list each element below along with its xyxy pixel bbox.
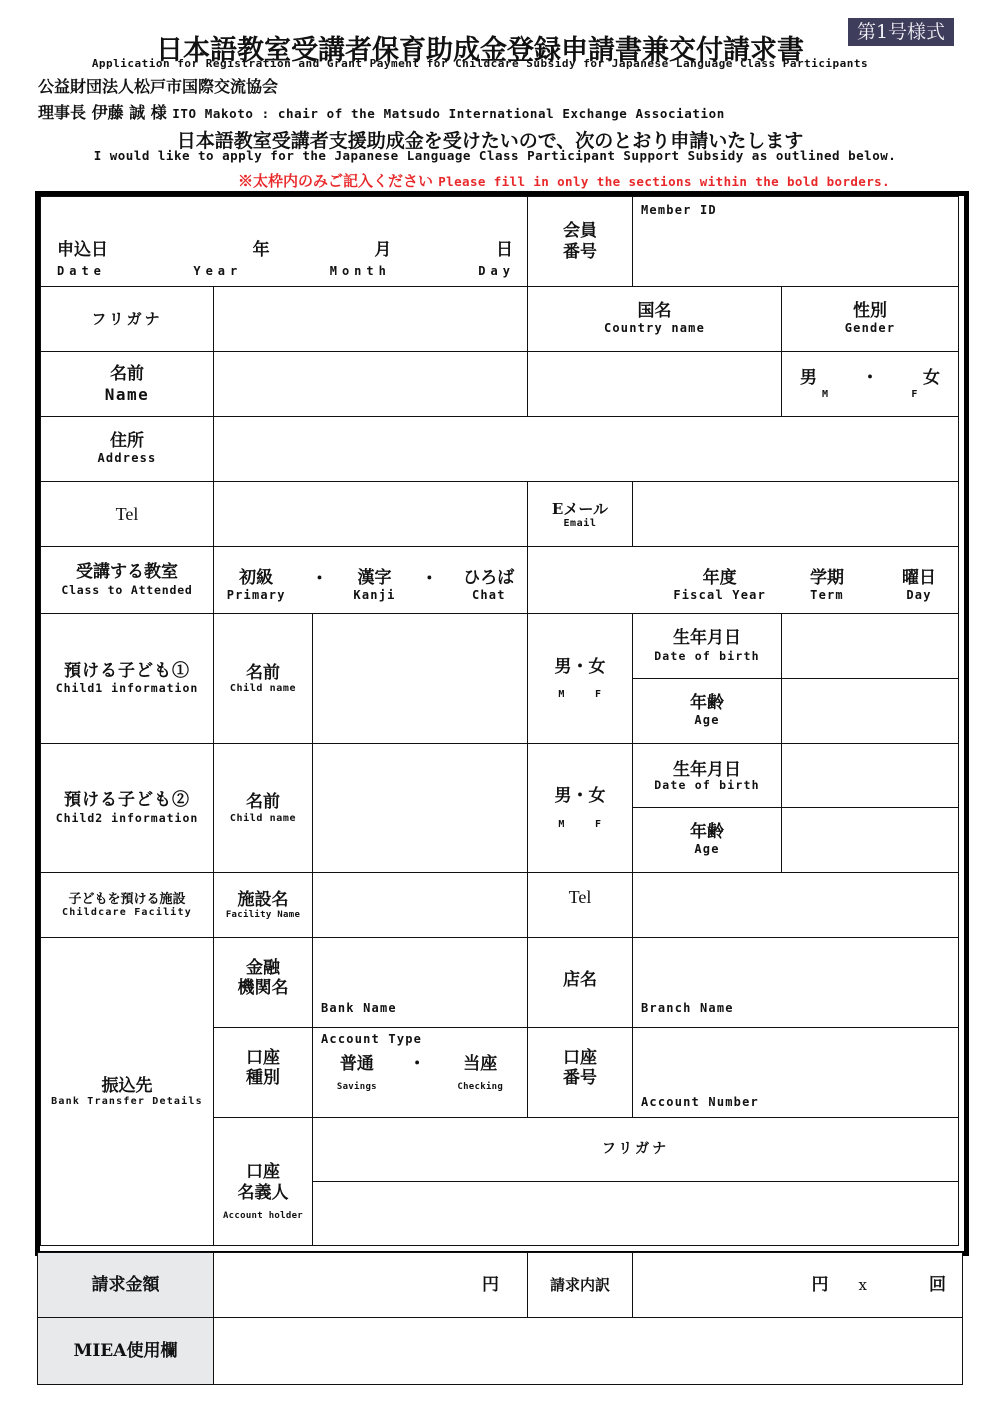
class-select[interactable]: 初級 Primary ・ 漢字 Kanji ・ ひろば Chat <box>213 546 528 614</box>
savings-en: Savings <box>337 1082 377 1092</box>
country-label-en: Country name <box>604 321 705 337</box>
child2-age-en: Age <box>694 842 719 858</box>
branch-label-jp: 店名 <box>563 970 597 990</box>
weekday-jp: 曜日 <box>902 568 936 588</box>
furigana-label: フリガナ <box>40 286 214 352</box>
child1-gender-select[interactable]: 男・女 M F <box>527 613 633 744</box>
claim-breakdown-text: 請求内訳 <box>550 1276 610 1294</box>
class-option-primary[interactable]: 初級 Primary <box>227 568 286 604</box>
tel-label-text: Tel <box>116 504 139 525</box>
organization-name: 公益財団法人松戸市国際交流協会 <box>38 74 278 97</box>
term-label: 学期 Term <box>810 568 844 604</box>
branch-label: 店名 <box>527 937 633 1028</box>
savings-jp: 普通 <box>340 1054 374 1074</box>
facility-name-label: 施設名 Facility Name <box>213 872 313 938</box>
child1-label-jp: 預ける子ども① <box>64 661 190 681</box>
account-type-savings[interactable]: 普通 Savings <box>337 1054 377 1092</box>
child2-name-field[interactable] <box>312 743 528 873</box>
class-option-chat[interactable]: ひろば Chat <box>463 568 514 604</box>
gender-options-en: M F <box>782 389 958 400</box>
fill-instruction-jp: ※太枠内のみご記入ください <box>238 172 433 190</box>
child1-gender-m: M <box>558 689 565 700</box>
bank-name-hint: Bank Name <box>321 1001 397 1017</box>
child1-gender-f: F <box>595 689 602 700</box>
addressee-jp: 理事長 伊藤 誠 様 <box>38 103 167 122</box>
class-kanji-en: Kanji <box>353 588 395 604</box>
date-labels-jp: 申込日 年 月 日 <box>41 204 527 260</box>
claim-breakdown-field[interactable]: 円 x 回 <box>632 1252 963 1318</box>
account-number-line1: 口座 <box>563 1048 597 1068</box>
child1-label-en: Child1 information <box>56 681 199 696</box>
facility-tel-field[interactable] <box>632 872 959 938</box>
day-label-en: Day <box>478 264 515 280</box>
facility-tel-label: Tel <box>527 872 633 938</box>
child1-gender-jp: 男・女 <box>555 657 606 677</box>
account-number-hint: Account Number <box>641 1095 759 1111</box>
holder-line1: 口座 <box>246 1162 280 1182</box>
holder-furigana-hint: フリガナ <box>602 1141 669 1158</box>
account-holder-name-field[interactable] <box>312 1181 959 1246</box>
member-label-line1: 会員 <box>563 221 597 241</box>
weekday-label: 曜日 Day <box>902 568 936 604</box>
member-label-line2: 番号 <box>563 242 597 262</box>
child1-age-label: 年齢 Age <box>632 678 782 744</box>
gender-options-jp: 男 ・ 女 <box>782 368 958 388</box>
claim-amount-text: 請求金額 <box>92 1275 160 1295</box>
gender-label-en: Gender <box>845 321 896 337</box>
year-label-en: Year <box>193 264 242 280</box>
member-id-hint: Member ID <box>641 203 717 219</box>
facility-label-en: Childcare Facility <box>62 907 192 918</box>
email-label-jp: Eメール <box>552 500 608 518</box>
address-field[interactable] <box>213 416 959 482</box>
country-label: 国名 Country name <box>527 286 782 352</box>
child1-dob-field[interactable] <box>781 613 959 679</box>
account-type-checking[interactable]: 当座 Checking <box>457 1054 503 1092</box>
term-jp: 学期 <box>810 568 844 588</box>
month-label: 月 <box>374 240 391 260</box>
separator: ・ <box>311 569 328 589</box>
bank-transfer-en: Bank Transfer Details <box>51 1096 203 1107</box>
child1-label: 預ける子ども① Child1 information <box>40 613 214 744</box>
day-label: 日 <box>496 240 513 260</box>
account-number-field[interactable]: Account Number <box>632 1027 959 1118</box>
child1-name-jp: 名前 <box>246 663 280 683</box>
weekday-en: Day <box>906 588 931 604</box>
breakdown-yen-unit: 円 <box>812 1275 829 1295</box>
facility-name-en: Facility Name <box>226 910 300 920</box>
account-type-line1: 口座 <box>246 1048 280 1068</box>
child1-age-en: Age <box>694 713 719 729</box>
date-label-en: Date <box>57 264 106 280</box>
child1-dob-label: 生年月日 Date of birth <box>632 613 782 679</box>
gender-label-jp: 性別 <box>853 301 887 321</box>
addressee-en: ITO Makoto : chair of the Matsudo Intern… <box>172 106 725 121</box>
email-label-en: Email <box>563 518 596 529</box>
child1-name-field[interactable] <box>312 613 528 744</box>
addressee: 理事長 伊藤 誠 様 ITO Makoto : chair of the Mat… <box>38 100 725 123</box>
claim-amount-field[interactable]: 円 <box>213 1252 528 1318</box>
multiply-sign: x <box>859 1276 867 1294</box>
request-statement-en: I would like to apply for the Japanese L… <box>0 148 990 163</box>
account-type-label: 口座 種別 <box>213 1027 313 1118</box>
fiscal-year-label: 年度 Fiscal Year <box>673 568 766 604</box>
times-unit: 回 <box>929 1275 946 1295</box>
miea-use-field[interactable] <box>213 1317 963 1385</box>
tel-label: Tel <box>40 481 214 547</box>
child2-gender-en: M F <box>558 819 601 830</box>
class-chat-jp: ひろば <box>463 568 514 588</box>
child2-gender-select[interactable]: 男・女 M F <box>527 743 633 873</box>
child2-dob-en: Date of birth <box>654 780 760 792</box>
country-field[interactable] <box>527 351 782 417</box>
miea-use-text: MIEA使用欄 <box>74 1341 178 1361</box>
facility-tel-text: Tel <box>569 887 592 908</box>
separator: ・ <box>862 368 879 388</box>
account-type-hint: Account Type <box>321 1032 519 1048</box>
separator: ・ <box>421 569 438 589</box>
child1-dob-en: Date of birth <box>654 649 760 664</box>
class-primary-jp: 初級 <box>239 568 273 588</box>
miea-use-label: MIEA使用欄 <box>37 1317 214 1385</box>
child2-gender-m: M <box>558 819 565 830</box>
term-en: Term <box>810 588 844 604</box>
fiscal-year-en: Fiscal Year <box>673 588 766 604</box>
child2-label-en: Child2 information <box>56 811 199 826</box>
member-id-field[interactable]: Member ID <box>632 196 959 287</box>
furigana-label-text: フリガナ <box>91 310 162 328</box>
account-holder-furigana-field[interactable]: フリガナ <box>312 1117 959 1182</box>
class-label: 受講する教室 Class to Attended <box>40 546 214 614</box>
fill-instruction-en: Please fill in only the sections within … <box>438 174 890 189</box>
child2-name-jp: 名前 <box>246 792 280 812</box>
holder-en: Account holder <box>223 1211 303 1221</box>
fill-instruction: ※太枠内のみご記入ください Please fill in only the se… <box>238 170 890 191</box>
claim-amount-label: 請求金額 <box>37 1252 214 1318</box>
furigana-field[interactable] <box>213 286 528 352</box>
account-type-options: 普通 Savings ・ 当座 Checking <box>321 1054 519 1092</box>
address-label-jp: 住所 <box>110 431 144 451</box>
child2-age-jp: 年齢 <box>690 822 724 842</box>
child2-dob-field[interactable] <box>781 743 959 808</box>
child2-gender-f: F <box>595 819 602 830</box>
child1-age-jp: 年齢 <box>690 693 724 713</box>
date-labels-en: Date Year Month Day <box>41 260 527 280</box>
separator: ・ <box>409 1054 426 1092</box>
facility-label: 子どもを預ける施設 Childcare Facility <box>40 872 214 938</box>
facility-name-field[interactable] <box>312 872 528 938</box>
name-label: 名前 Name <box>40 351 214 417</box>
form-title-english: Application for Registration and Grant P… <box>0 57 960 70</box>
class-label-jp: 受講する教室 <box>76 562 178 582</box>
facility-label-jp: 子どもを預ける施設 <box>68 892 185 908</box>
class-primary-en: Primary <box>227 588 286 604</box>
date-label: 申込日 <box>57 240 108 260</box>
gender-male-en: M <box>822 389 829 400</box>
child2-name-en: Child name <box>230 813 296 824</box>
member-id-label: 会員 番号 <box>527 196 633 287</box>
child1-dob-jp: 生年月日 <box>673 628 741 648</box>
bank-inst-line2: 機関名 <box>238 978 289 998</box>
branch-name-hint: Branch Name <box>641 1001 734 1017</box>
account-type-select[interactable]: Account Type 普通 Savings ・ 当座 Checking <box>312 1027 528 1118</box>
child2-age-label: 年齢 Age <box>632 807 782 873</box>
application-date-field[interactable]: 申込日 年 月 日 Date Year Month Day <box>40 196 528 287</box>
account-number-label: 口座 番号 <box>527 1027 633 1118</box>
name-field[interactable] <box>213 351 528 417</box>
child2-dob-jp: 生年月日 <box>673 760 741 780</box>
claim-breakdown-label: 請求内訳 <box>527 1252 633 1318</box>
yen-unit: 円 <box>482 1275 499 1295</box>
child1-gender-en: M F <box>558 689 601 700</box>
country-label-jp: 国名 <box>638 301 672 321</box>
gender-male-option[interactable]: 男 <box>800 368 817 388</box>
child1-name-label: 名前 Child name <box>213 613 313 744</box>
form-number-badge: 第1号様式 <box>848 18 954 46</box>
fiscal-year-jp: 年度 <box>703 568 737 588</box>
facility-name-jp: 施設名 <box>238 890 289 910</box>
class-label-en: Class to Attended <box>61 583 192 598</box>
child2-label: 預ける子ども② Child2 information <box>40 743 214 873</box>
account-holder-label: 口座 名義人 Account holder <box>213 1117 313 1246</box>
gender-female-en: F <box>911 389 918 400</box>
class-chat-en: Chat <box>472 588 506 604</box>
gender-select[interactable]: 男 ・ 女 M F <box>781 351 959 417</box>
child2-dob-label: 生年月日 Date of birth <box>632 743 782 808</box>
child1-age-field[interactable] <box>781 678 959 744</box>
child1-name-en: Child name <box>230 683 296 694</box>
name-label-en: Name <box>105 385 150 404</box>
class-option-kanji[interactable]: 漢字 Kanji <box>353 568 395 604</box>
checking-jp: 当座 <box>463 1054 497 1074</box>
class-kanji-jp: 漢字 <box>357 568 391 588</box>
account-number-line2: 番号 <box>563 1068 597 1088</box>
class-term-field[interactable]: 年度 Fiscal Year 学期 Term 曜日 Day <box>527 546 959 614</box>
month-label-en: Month <box>330 264 391 280</box>
bank-name-field[interactable]: Bank Name <box>312 937 528 1028</box>
child2-age-field[interactable] <box>781 807 959 873</box>
bank-transfer-jp: 振込先 <box>102 1076 153 1096</box>
child2-gender-jp: 男・女 <box>555 786 606 806</box>
bank-transfer-label: 振込先 Bank Transfer Details <box>40 937 214 1246</box>
account-type-line2: 種別 <box>246 1068 280 1088</box>
branch-name-field[interactable]: Branch Name <box>632 937 959 1028</box>
email-label: Eメール Email <box>527 481 633 547</box>
gender-label: 性別 Gender <box>781 286 959 352</box>
email-field[interactable] <box>632 481 959 547</box>
address-label: 住所 Address <box>40 416 214 482</box>
year-label: 年 <box>253 240 270 260</box>
child2-name-label: 名前 Child name <box>213 743 313 873</box>
holder-line2: 名義人 <box>238 1183 289 1203</box>
gender-female-option[interactable]: 女 <box>923 368 940 388</box>
child2-label-jp: 預ける子ども② <box>64 790 190 810</box>
tel-field[interactable] <box>213 481 528 547</box>
bank-inst-line1: 金融 <box>246 958 280 978</box>
name-label-jp: 名前 <box>110 364 144 384</box>
address-label-en: Address <box>98 451 157 467</box>
checking-en: Checking <box>457 1082 503 1092</box>
bank-name-label: 金融 機関名 <box>213 937 313 1028</box>
